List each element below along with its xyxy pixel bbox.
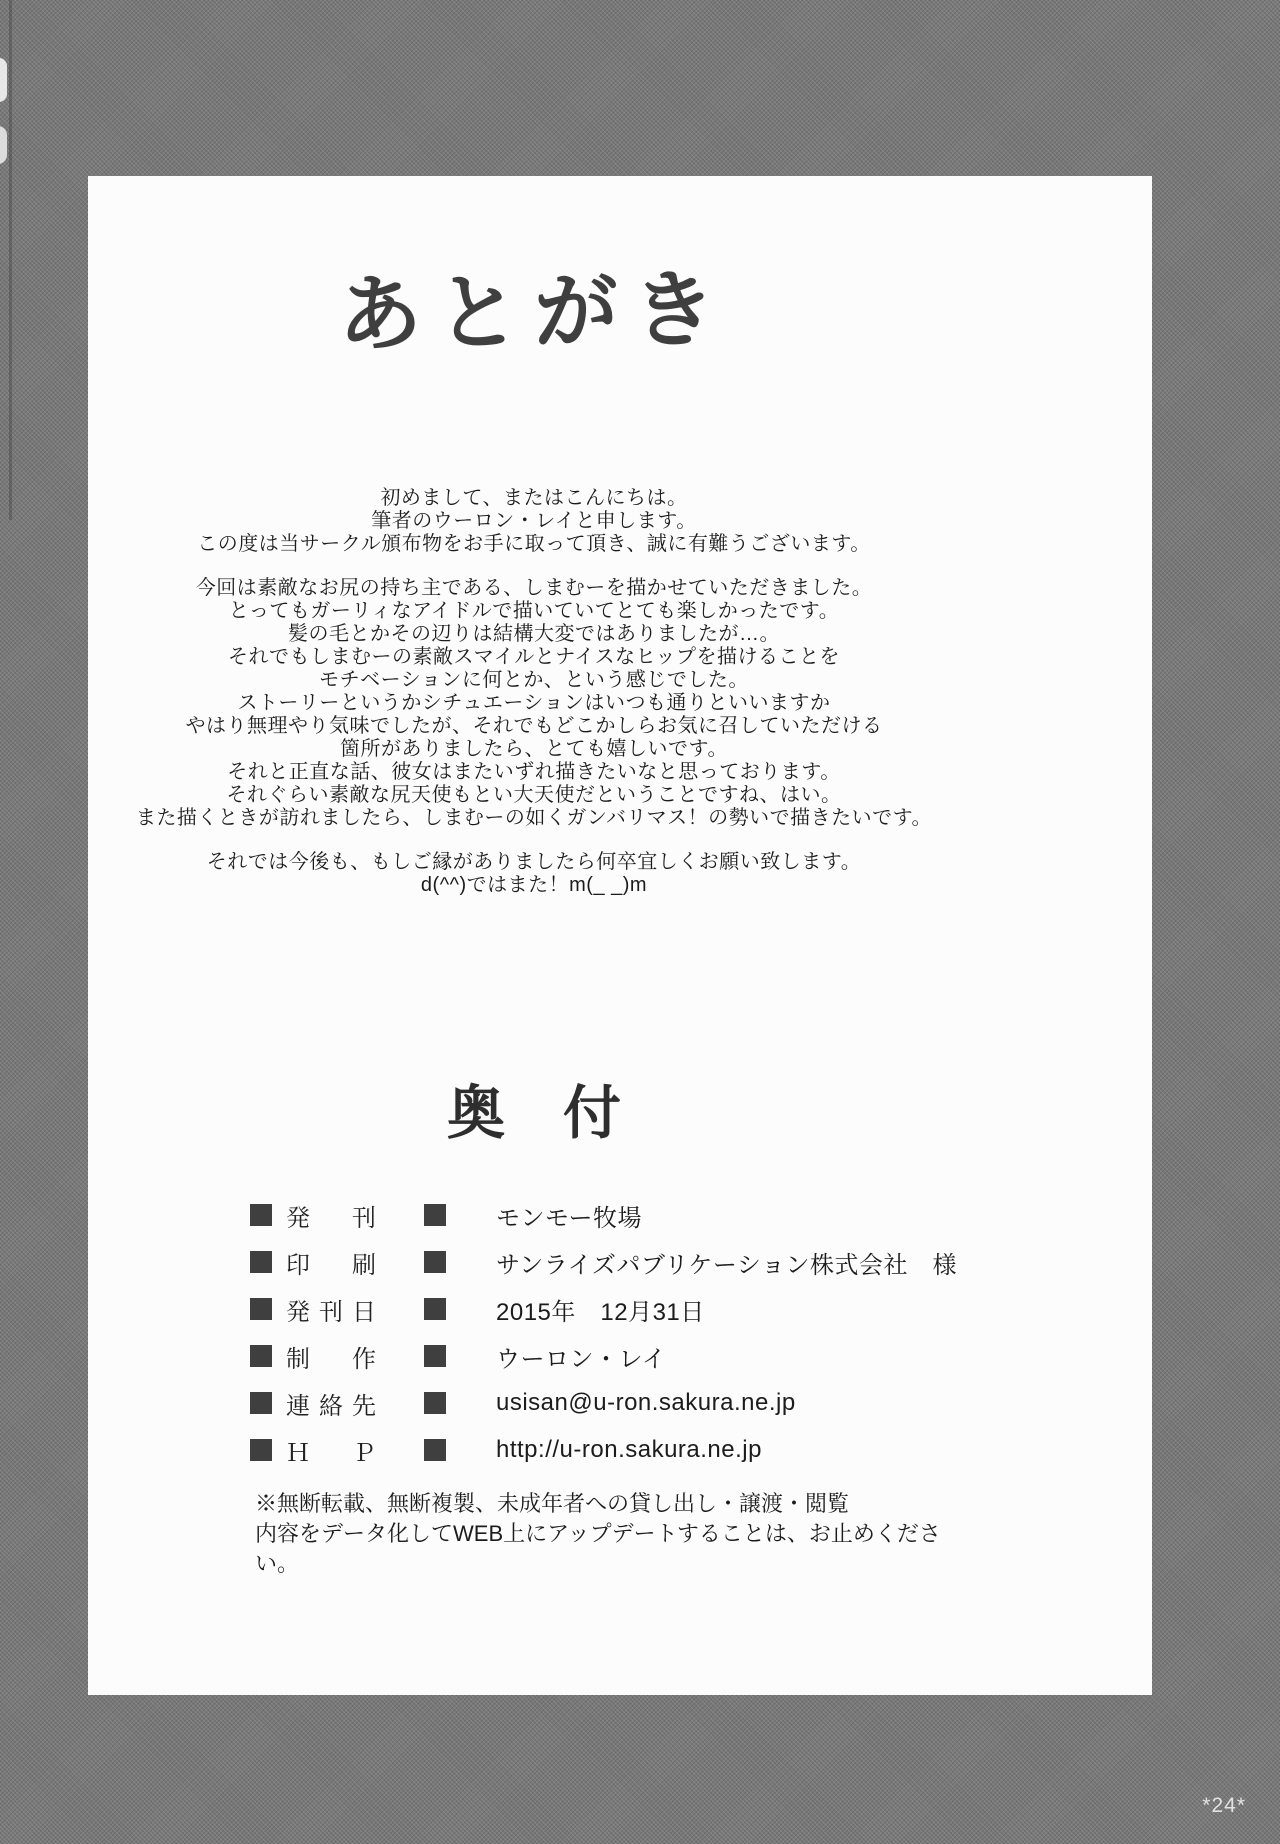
afterword-text-line: とってもガーリィなアイドルで描いていてとても楽しかったです。	[88, 600, 980, 623]
disclaimer-text-line: ※無断転載、無断複製、未成年者への貸し出し・譲渡・閲覧	[255, 1489, 980, 1519]
afterword-text-line: ストーリーというかシチュエーションはいつも通りといいますか	[88, 692, 980, 715]
colophon-row-label: 連絡先	[286, 1386, 376, 1421]
square-bullet-icon	[250, 1392, 272, 1414]
afterword-body-paragraph: 今回は素敵なお尻の持ち主である、しまむーを描かせていただきました。 とってもガー…	[88, 577, 980, 830]
colophon-row-label: 制作	[286, 1339, 376, 1374]
afterword-text-line: それぐらい素敵な尻天使もとい大天使だということですね、はい。	[88, 784, 980, 807]
square-bullet-icon	[424, 1251, 446, 1273]
colophon-row-value: http://u-ron.sakura.ne.jp	[496, 1436, 762, 1464]
colophon-row: 印刷 サンライズパブリケーション株式会社 様	[250, 1247, 980, 1277]
colophon-row-value: サンライズパブリケーション株式会社 様	[496, 1245, 957, 1280]
afterword-text-line: それと正直な話、彼女はまたいずれ描きたいなと思っております。	[88, 761, 980, 784]
afterword-closing-paragraph: それでは今後も、もしご縁がありましたら何卒宜しくお願い致します。 d(^^)では…	[88, 851, 980, 897]
colophon-row-value: モンモー牧場	[496, 1198, 642, 1233]
square-bullet-icon	[250, 1251, 272, 1273]
colophon-row: 制作 ウーロン・レイ	[250, 1341, 980, 1371]
colophon-row: ＨＰ http://u-ron.sakura.ne.jp	[250, 1435, 980, 1465]
colophon-row: 発刊日 2015年 12月31日	[250, 1294, 980, 1324]
afterword-intro-paragraph: 初めまして、またはこんにちは。 筆者のウーロン・レイと申します。 この度は当サー…	[88, 487, 980, 556]
colophon-title: 奥 付	[88, 1079, 980, 1149]
colophon-row: 発刊 モンモー牧場	[250, 1200, 980, 1230]
afterword-text-line: モチベーションに何とか、という感じでした。	[88, 669, 980, 692]
afterword-text-line: 筆者のウーロン・レイと申します。	[88, 510, 980, 533]
colophon-row-label: ＨＰ	[286, 1433, 376, 1468]
colophon-row-label: 印刷	[286, 1245, 376, 1280]
square-bullet-icon	[424, 1204, 446, 1226]
scan-artifact-blob	[0, 126, 7, 164]
square-bullet-icon	[424, 1392, 446, 1414]
afterword-text-line: それでは今後も、もしご縁がありましたら何卒宜しくお願い致します。	[88, 851, 980, 874]
colophon-row: 連絡先 usisan@u-ron.sakura.ne.jp	[250, 1388, 980, 1418]
square-bullet-icon	[250, 1204, 272, 1226]
scan-artifact-blob	[0, 58, 7, 102]
scan-artifact-line	[9, 0, 12, 520]
colophon-row-label: 発刊	[286, 1198, 376, 1233]
afterword-text-line: この度は当サークル頒布物をお手に取って頂き、誠に有難うございます。	[88, 533, 980, 556]
colophon-list: 発刊 モンモー牧場 印刷 サンライズパブリケーション株式会社 様 発刊日	[88, 1200, 980, 1465]
colophon-row-label: 発刊日	[286, 1292, 376, 1327]
afterword-text-line: それでもしまむーの素敵スマイルとナイスなヒップを描けることを	[88, 646, 980, 669]
paper-sheet: あとがき 初めまして、またはこんにちは。 筆者のウーロン・レイと申します。 この…	[88, 176, 1152, 1695]
square-bullet-icon	[424, 1439, 446, 1461]
copyright-disclaimer: ※無断転載、無断複製、未成年者への貸し出し・譲渡・閲覧 内容をデータ化してWEB…	[255, 1489, 980, 1579]
page-content: あとがき 初めまして、またはこんにちは。 筆者のウーロン・レイと申します。 この…	[88, 264, 980, 1579]
square-bullet-icon	[424, 1345, 446, 1367]
afterword-text-line: また描くときが訪れましたら、しまむーの如くガンバリマス！の勢いで描きたいです。	[88, 807, 980, 830]
afterword-text-line: 今回は素敵なお尻の持ち主である、しまむーを描かせていただきました。	[88, 577, 980, 600]
square-bullet-icon	[250, 1298, 272, 1320]
colophon-row-value: ウーロン・レイ	[496, 1339, 666, 1374]
afterword-text-line: d(^^)ではまた！m(_ _)m	[88, 874, 980, 897]
colophon-row-value: 2015年 12月31日	[496, 1292, 705, 1327]
square-bullet-icon	[250, 1345, 272, 1367]
disclaimer-text-line: 内容をデータ化してWEB上にアップデートすることは、お止めください。	[255, 1519, 980, 1579]
colophon-row-value: usisan@u-ron.sakura.ne.jp	[496, 1389, 796, 1417]
afterword-title: あとがき	[87, 258, 980, 367]
page-number: *24*	[1202, 1794, 1246, 1818]
afterword-text-line: 箇所がありましたら、とても嬉しいです。	[88, 738, 980, 761]
afterword-text-line: 初めまして、またはこんにちは。	[88, 487, 980, 510]
scanned-page-background: あとがき 初めまして、またはこんにちは。 筆者のウーロン・レイと申します。 この…	[0, 0, 1280, 1844]
square-bullet-icon	[250, 1439, 272, 1461]
square-bullet-icon	[424, 1298, 446, 1320]
afterword-text-line: やはり無理やり気味でしたが、それでもどこかしらお気に召していただける	[88, 715, 980, 738]
afterword-text-line: 髪の毛とかその辺りは結構大変ではありましたが…。	[88, 623, 980, 646]
